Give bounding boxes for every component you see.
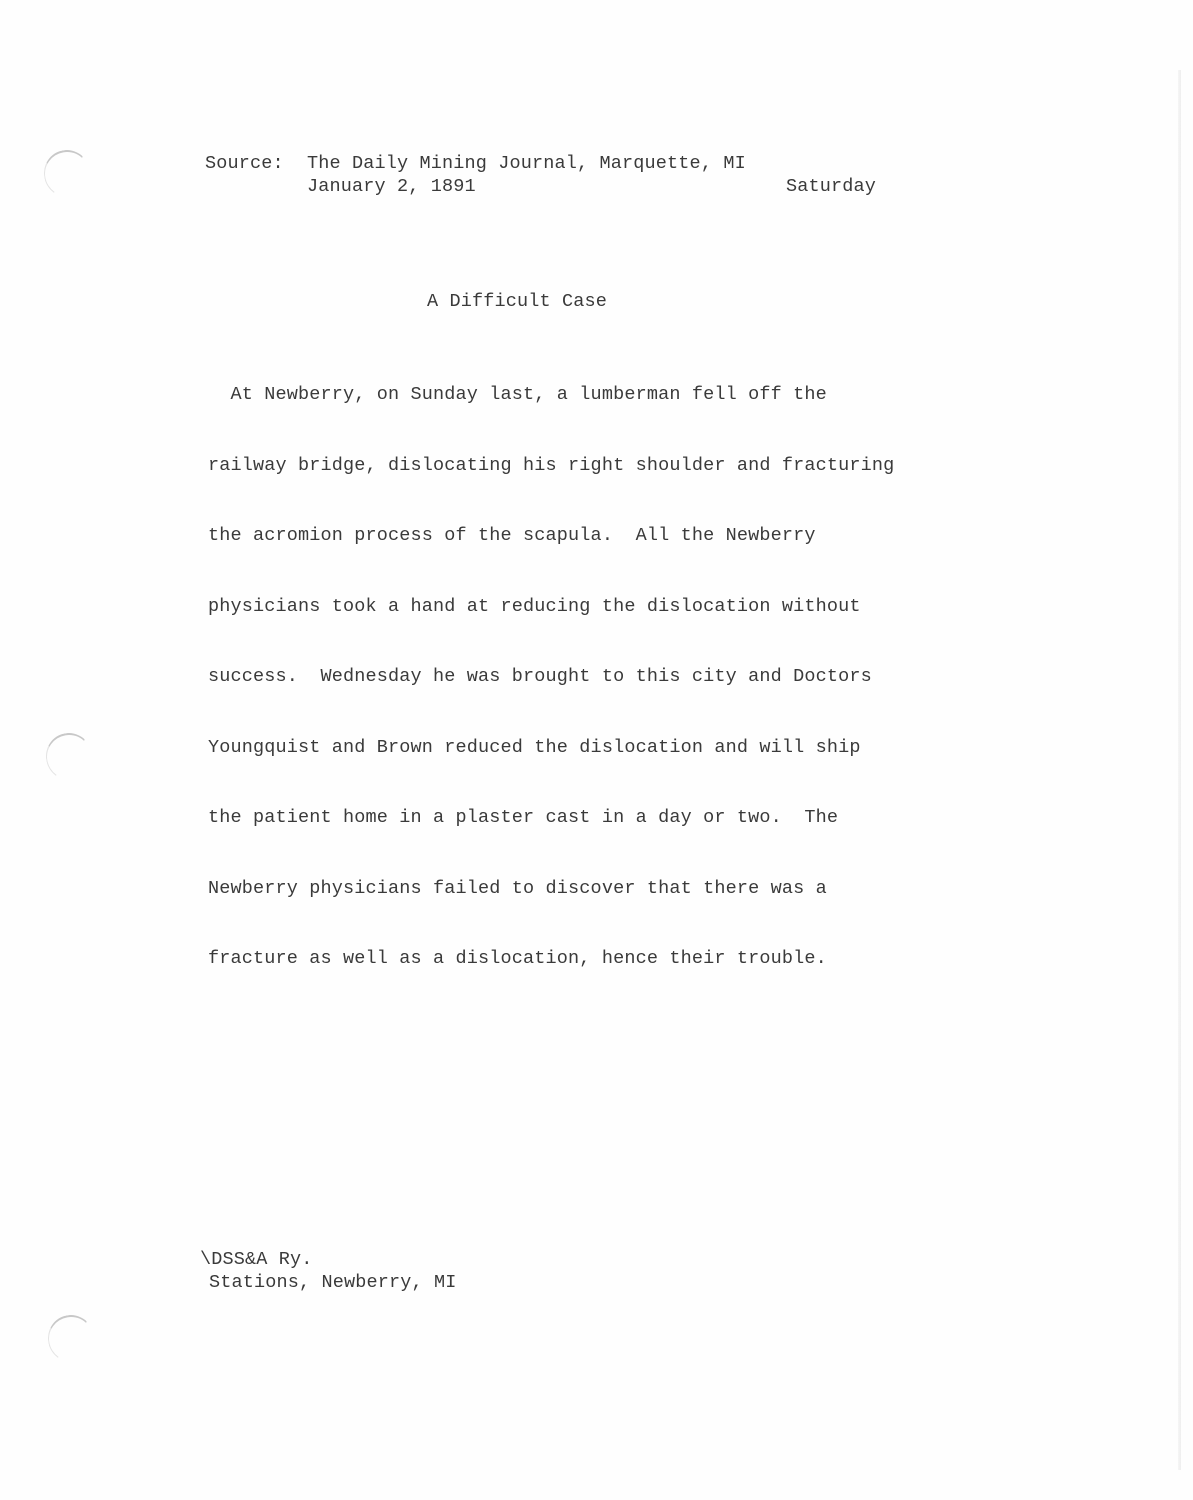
body-line: success. Wednesday he was brought to thi… — [208, 665, 894, 689]
punch-hole-icon — [40, 146, 93, 200]
document-page: Source: The Daily Mining Journal, Marque… — [0, 0, 1193, 1500]
source-date: January 2, 1891 — [307, 175, 476, 199]
body-line: railway bridge, dislocating his right sh… — [208, 454, 894, 478]
punch-hole-icon — [44, 1311, 97, 1365]
body-line: the acromion process of the scapula. All… — [208, 524, 894, 548]
source-day: Saturday — [786, 175, 876, 199]
body-line: Youngquist and Brown reduced the disloca… — [208, 736, 894, 760]
article-body: At Newberry, on Sunday last, a lumberman… — [208, 336, 894, 1018]
body-line: fracture as well as a dislocation, hence… — [208, 947, 894, 971]
source-publication: The Daily Mining Journal, Marquette, MI — [307, 152, 746, 176]
body-line: Newberry physicians failed to discover t… — [208, 877, 894, 901]
body-line: the patient home in a plaster cast in a … — [208, 806, 894, 830]
body-line: physicians took a hand at reducing the d… — [208, 595, 894, 619]
footer-railway: \DSS&A Ry. — [200, 1248, 313, 1272]
body-line: At Newberry, on Sunday last, a lumberman… — [208, 383, 894, 407]
scan-edge — [1178, 70, 1181, 1470]
punch-hole-icon — [42, 729, 95, 783]
article-title: A Difficult Case — [427, 290, 607, 314]
footer-stations: Stations, Newberry, MI — [209, 1271, 457, 1295]
source-label: Source: — [205, 152, 284, 176]
